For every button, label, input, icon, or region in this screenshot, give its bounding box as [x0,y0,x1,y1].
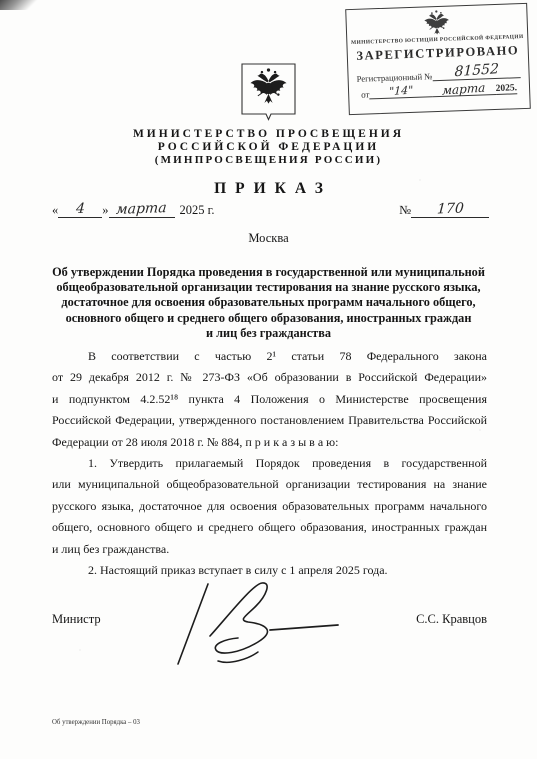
city-label: Москва [0,231,537,246]
stamp-reg-number-label: Регистрационный № [356,71,432,84]
date-day-value: 4 [75,202,85,218]
scan-artifact-corner [0,0,44,10]
title-line: общеобразовательной организации тестиров… [34,280,503,295]
title-line: Об утверждении Порядка проведения в госу… [34,265,503,280]
document-page: МИНИСТЕРСТВО ЮСТИЦИИ РОССИЙСКОЙ ФЕДЕРАЦИ… [0,0,537,759]
state-emblem-shield-icon [240,62,297,122]
body-line: от 29 декабря 2012 г. № 273-ФЗ «Об образ… [52,367,487,388]
stamp-date-year: 2025. [496,83,518,95]
body-line: Федерации от 28 июля 2018 г. № 884, п р … [52,432,487,453]
body-line: 1. Утвердить прилагаемый Порядок проведе… [52,453,487,474]
date-year: 2025 г. [180,203,215,218]
number-label: № [399,203,411,218]
body-line: Российской Федерации, утвержденного пост… [52,410,487,431]
body-line: общего, основного общего и среднего обще… [52,517,487,538]
stamp-date-month-field: марта [432,82,496,97]
order-number-field: 170 [411,202,489,218]
body-line: русского языка, достаточное для освоения… [52,496,487,517]
registration-stamp: МИНИСТЕРСТВО ЮСТИЦИИ РОССИЙСКОЙ ФЕДЕРАЦИ… [345,3,531,115]
title-line: достаточное для освоения образовательных… [34,295,503,310]
stamp-reg-number-value: 81552 [454,62,499,79]
body-line: и подпунктом 4.2.52¹⁸ пункта 4 Положения… [52,389,487,410]
document-body: В соответствии с частью 2¹ статьи 78 Фед… [52,346,487,581]
stamp-date-month-value: марта [442,82,486,97]
date-month-field: марта [109,202,175,218]
body-line: В соответствии с частью 2¹ статьи 78 Фед… [52,346,487,367]
stamp-date-prefix: от [361,89,370,99]
date-number-line: « 4 » марта 2025 г. № 170 [52,202,489,218]
stamp-date-day-field: "14" [369,84,433,99]
document-type-heading: ПРИКАЗ [0,180,537,198]
order-number-value: 170 [436,202,464,218]
ministry-name-line2: РОССИЙСКОЙ ФЕДЕРАЦИИ [0,141,537,153]
ministry-short-name: (МИНПРОСВЕЩЕНИЯ РОССИИ) [0,154,537,166]
footer-reference-note: Об утверждении Порядка – 03 [52,719,140,726]
stamp-reg-number-field: 81552 [432,62,521,81]
title-line: и лиц без гражданства [34,326,503,341]
date-month-value: марта [116,201,168,218]
handwritten-signature [158,576,358,671]
title-line: основного общего и среднего общего образ… [34,311,503,326]
signer-name: С.С. Кравцов [416,612,487,627]
stamp-date-row: от "14" марта 2025. [349,81,529,100]
document-title: Об утверждении Порядка проведения в госу… [34,265,503,341]
double-headed-eagle-icon [422,10,451,37]
ministry-name-line1: МИНИСТЕРСТВО ПРОСВЕЩЕНИЯ [0,128,537,140]
body-line: и лиц без гражданства. [52,539,487,560]
body-line: или муниципальной общеобразовательной ор… [52,474,487,495]
date-day-field: 4 [58,202,102,218]
stamp-date-day-value: "14" [389,84,413,97]
signer-position: Министр [52,612,101,627]
